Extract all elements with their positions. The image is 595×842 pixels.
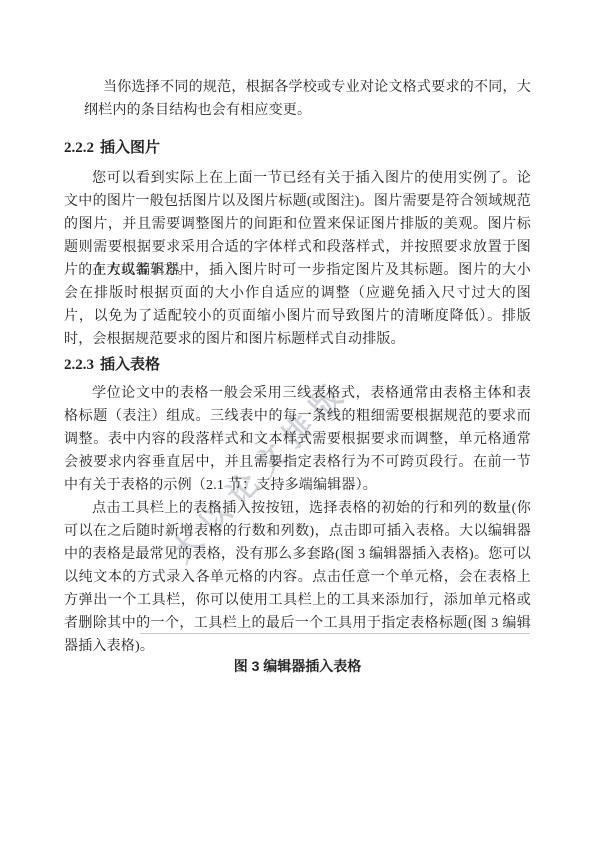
paragraph-outline-note: 当你选择不同的规范，根据各学校或专业对论文格式要求的不同，大纲栏内的条目结构也会… — [84, 76, 531, 122]
section-heading-insert-image: 2.2.2插入图片 — [64, 136, 160, 160]
paragraph-insert-image-2: 在大以编辑器中，插入图片时可一步指定图片及其标题。图片的大小会在排版时根据页面的… — [64, 259, 531, 351]
figure-top-border-line — [140, 633, 530, 634]
page-content: 当你选择不同的规范，根据各学校或专业对论文格式要求的不同，大纲栏内的条目结构也会… — [0, 0, 595, 842]
document-page: 大以论文排版 当你选择不同的规范，根据各学校或专业对论文格式要求的不同，大纲栏内… — [0, 0, 595, 842]
section-number: 2.2.2 — [64, 140, 94, 156]
section-heading-insert-table: 2.2.3插入表格 — [64, 353, 160, 377]
section-title: 插入图片 — [100, 139, 160, 156]
section-number: 2.2.3 — [64, 357, 94, 373]
paragraph-insert-table-1: 学位论文中的表格一般会采用三线表格式，表格通常由表格主体和表格标题（表注）组成。… — [64, 382, 531, 497]
figure-caption: 图 3 编辑器插入表格 — [0, 655, 595, 678]
section-title: 插入表格 — [100, 356, 160, 373]
